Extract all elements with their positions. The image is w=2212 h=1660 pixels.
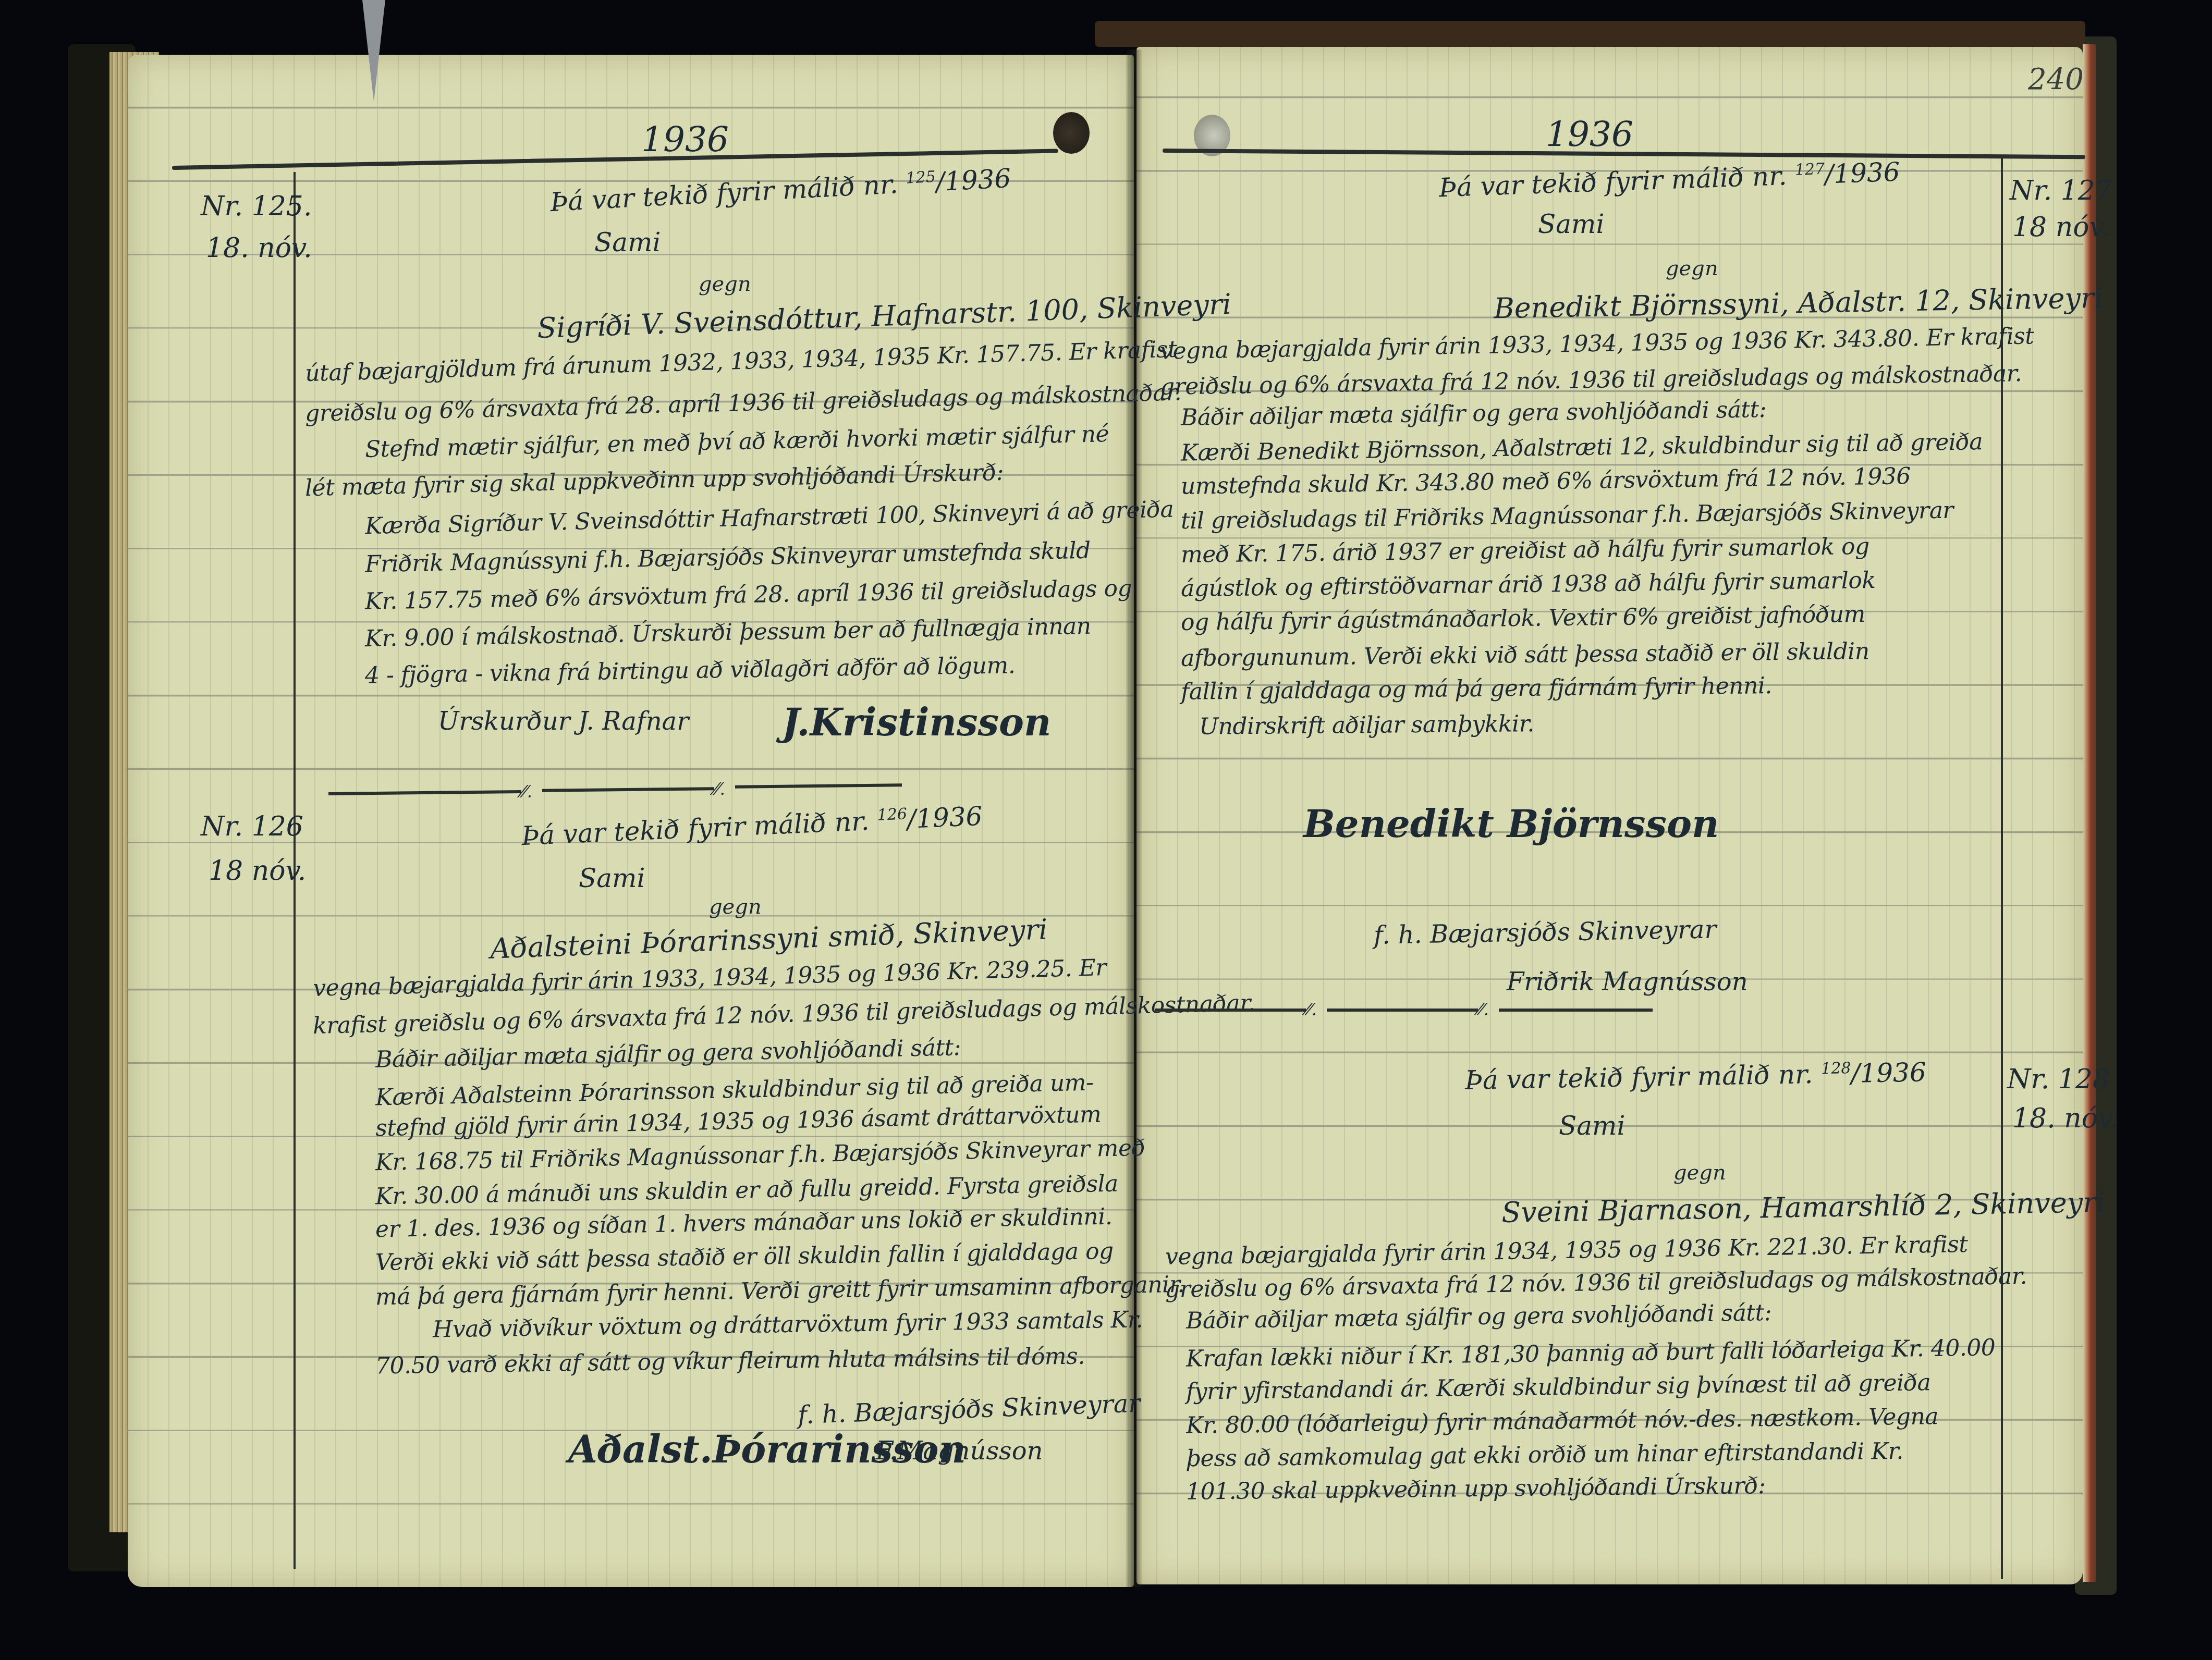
entry-divider-right-1b xyxy=(1327,1009,1478,1012)
entry-126-date: 18 nóv. xyxy=(209,857,306,884)
entry-divider-mark: ⁄⁄. xyxy=(714,779,725,799)
entry-128-party1: Sami xyxy=(1559,1113,1625,1139)
entry-128-number: Nr. 128 xyxy=(2007,1066,2110,1093)
entry-127-signature-treasury-title: f. h. Bæjarsjóðs Skinveyrar xyxy=(1374,917,1717,948)
entry-divider-mark: ⁄⁄. xyxy=(1478,1000,1489,1019)
page-pointer-blade xyxy=(362,0,385,102)
page-number: 240 xyxy=(2028,65,2084,94)
entry-125-gegn: gegn xyxy=(699,274,751,294)
page-stack-right xyxy=(2083,44,2096,1582)
entry-125-date: 18. nóv. xyxy=(206,235,312,262)
book-gutter xyxy=(1126,50,1142,1587)
entry-125-number: Nr. 125. xyxy=(201,193,312,220)
binder-hole-left xyxy=(1053,112,1090,154)
entry-126-gegn: gegn xyxy=(709,896,762,917)
entry-127-number: Nr. 127 xyxy=(2010,177,2112,204)
entry-127-date: 18 nóv. xyxy=(2012,214,2110,241)
right-year-header: 1936 xyxy=(1546,117,1633,152)
entry-126-number: Nr. 126 xyxy=(201,813,303,840)
entry-128-heading: Þá var tekið fyrir málið nr. 128/1936 xyxy=(1465,1059,1926,1093)
entry-127-party1: Sami xyxy=(1538,211,1604,237)
entry-divider-right-1a xyxy=(1155,1009,1306,1012)
entry-128-gegn: gegn xyxy=(1673,1162,1726,1183)
entry-divider-mark: ⁄⁄. xyxy=(521,782,532,802)
left-year-header: 1936 xyxy=(641,122,729,157)
entry-127-signature-treasury-name: Friðrik Magnússon xyxy=(1507,969,1748,994)
book-headband xyxy=(1095,21,2085,47)
entry-125-party1: Sami xyxy=(594,229,661,255)
entry-127-signature-defendant: Benedikt Björnsson xyxy=(1303,805,1719,843)
entry-125-signature-official: J.Kristinsson xyxy=(782,704,1051,741)
entry-125-signature-judge: Úrskurður J. Rafnar xyxy=(438,709,689,734)
entry-126-signature-defendant: Aðalst.Þórarinsson xyxy=(568,1431,966,1468)
entry-127-gegn: gegn xyxy=(1666,258,1718,279)
entry-126-party1: Sami xyxy=(579,865,645,891)
entry-divider-right-1c xyxy=(1499,1009,1653,1012)
entry-128-date: 18. nóv. xyxy=(2012,1105,2119,1132)
entry-divider-mark: ⁄⁄. xyxy=(1306,1000,1317,1019)
